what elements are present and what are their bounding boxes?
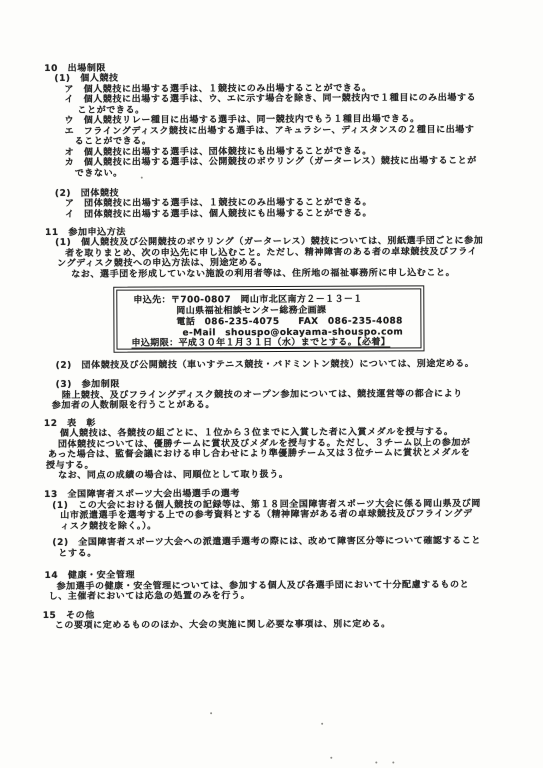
box-deadline-line: 申込期限：平成３０年１月３１日（水）までとする。【必着】 (131, 337, 390, 348)
doc-line: (1) 個人競技 (54, 74, 118, 84)
doc-line: (1) 個人競技及び公開競技のボウリング（ガーターレス）競技については、別紙選手… (55, 236, 483, 248)
doc-line: なお、選手団を形成していない施設の利用者等は、住所地の福祉事務所に申し込むこと。 (71, 268, 455, 280)
section-10-heading: 10 出場制限 (44, 64, 106, 74)
section-13-heading: 13 全国障害者スポーツ大会出場選手の選考 (44, 489, 240, 500)
scanned-document-page: 10 出場制限 (1) 個人競技 ア 個人競技に出場する選手は、１競技にのみ出場… (0, 0, 543, 768)
doc-line: 者を取りまとめ、次の申込先に申し込むこと。ただし、精神障害のある者の卓球競技及び… (65, 247, 477, 259)
scan-speck (375, 762, 377, 764)
scan-speck (321, 723, 323, 725)
doc-line: ングディスク競技への申込方法は、別途定める。 (57, 258, 267, 269)
scan-speck (141, 177, 143, 179)
section-15-heading: 15 その他 (43, 611, 95, 621)
box-recipient-line: 申込先：〒700-0807 岡山市北区南方２－１３－１ (133, 295, 362, 306)
box-tel-fax-line: 電話 086-235-4075 FAX 086-235-4088 (176, 316, 402, 327)
section-11-heading: 11 参加申込方法 (45, 228, 126, 238)
doc-line: ウ 個人競技リレー種目に出場する選手は、同一競技内でもう１種目出場できる。 (65, 114, 420, 126)
section-12-heading: 12 表 彰 (44, 419, 96, 429)
doc-line: あった場合は、監督会議における申し合わせにより準優勝チーム又は３位チームに賞状と… (48, 448, 470, 460)
scan-speck (210, 712, 212, 714)
doc-line: イ 個人競技に出場する選手は、ウ、エに示す場合を除き、同一競技内で１種目にのみ出… (64, 93, 476, 105)
doc-line: 個人競技は、各競技の組ごとに、１位から３位までに入賞した者に入賞メダルを授与する… (60, 427, 454, 439)
doc-line: ことができる。 (77, 106, 144, 116)
doc-line: 授与する。 (46, 461, 94, 471)
doc-line: (2) 団体競技及び公開競技（車いすテニス競技・バドミントン競技）については、別… (56, 359, 475, 371)
doc-line: 陸上競技、及びフライングディスク競技のオープン参加については、競技運営等の都合に… (62, 389, 463, 401)
doc-line: ア 団体競技に出場する選手は、１競技にのみ出場することができる。 (65, 198, 372, 209)
doc-line: とする。 (58, 549, 96, 559)
scan-speck (392, 761, 394, 763)
doc-line: し、主催者においては応急の処置のみを行う。 (49, 591, 251, 602)
doc-line: ィスク競技を除く。）。 (60, 522, 156, 532)
doc-line: なお、同点の成績の場合は、同順位として取り扱う。 (58, 470, 288, 481)
doc-line: 参加選手の健康・安全管理については、参加する個人及び各選手団において十分配慮する… (57, 580, 470, 592)
doc-line: (3) 参加制限 (56, 380, 120, 390)
doc-line: (2) 団体競技 (55, 189, 119, 199)
section-14-heading: 14 健康・安全管理 (44, 571, 135, 581)
application-box: 申込先：〒700-0807 岡山市北区南方２－１３－１ 岡山県福祉相談センター総… (113, 285, 424, 352)
doc-line: できない。 (75, 169, 123, 179)
doc-line: 参加者の人数制限を行うことがある。 (52, 400, 215, 411)
doc-line: (2) 全国障害者スポーツ大会への派遣選手選考の際には、改めて障害区分等について… (52, 536, 481, 548)
doc-line: イ 団体競技に出場する選手は、個人競技にも出場することができる。 (65, 209, 372, 220)
box-organization-line: 岡山県福祉相談センター総務企画課 (176, 306, 326, 317)
doc-line: カ 個人競技に出場する選手は、公開競技のボウリング（ガーターレス）競技に出場する… (65, 156, 477, 168)
doc-line: この要項に定めるもののほか、大会の実施に関し必要な事項は、別に定める。 (55, 619, 391, 630)
doc-line: エ フライングディスク競技に出場する選手は、アキュラシー、ディスタンスの２種目に… (65, 125, 475, 137)
scan-speck (330, 757, 332, 759)
doc-line: ることができる。 (75, 137, 152, 147)
doc-line: 山市派遣選手を選考する上での参考資料とする（精神障害がある者の卓球競技及びフライ… (60, 509, 472, 521)
